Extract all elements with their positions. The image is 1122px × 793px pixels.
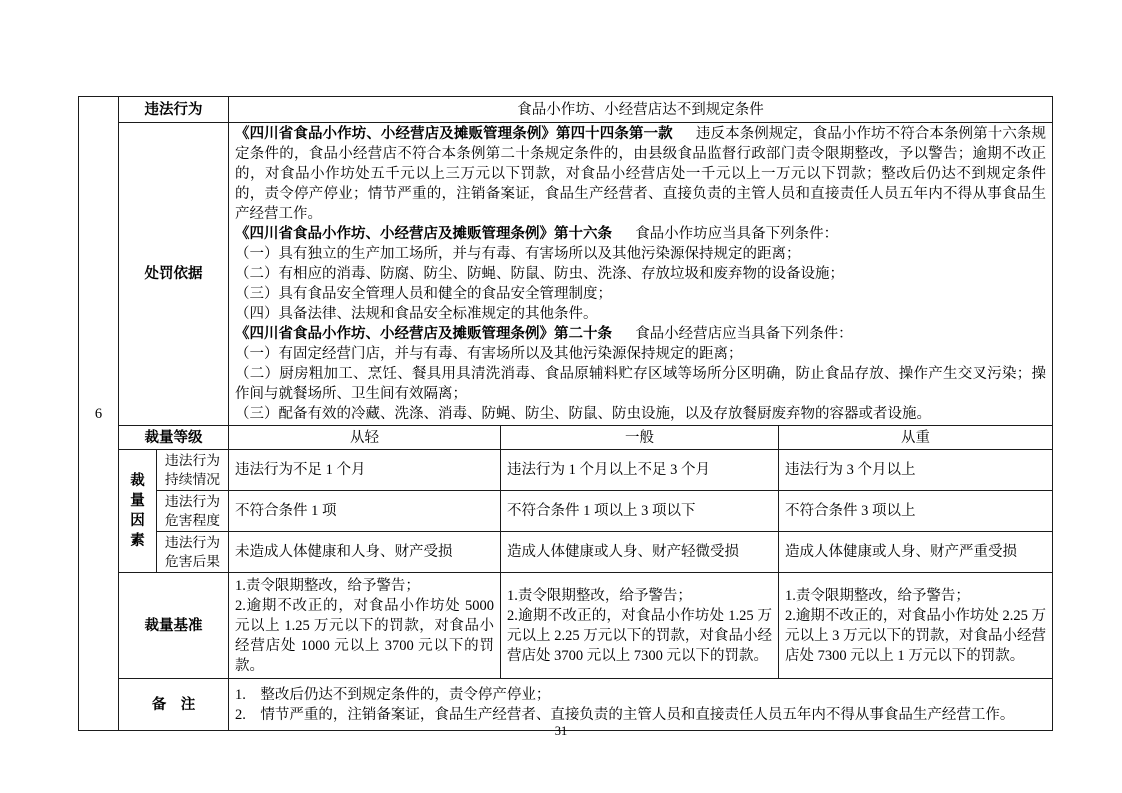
factor-duration-heavy: 违法行为 3 个月以上 [779, 450, 1053, 491]
factors-label: 裁量因素 [130, 473, 145, 549]
factor-degree-heavy: 不符合条件 3 项以上 [779, 491, 1053, 532]
factor-degree-label-cell: 违法行为 危害程度 [157, 491, 229, 532]
violation-row: 6 违法行为 食品小作坊、小经营店达不到规定条件 [79, 97, 1053, 123]
factor-duration-label-cell: 违法行为 持续情况 [157, 450, 229, 491]
remark-item: 2. 情节严重的，注销备案证，食品生产经营者、直接负责的主管人员和直接责任人员五… [235, 705, 1046, 725]
factor-label-line: 违法行为 [163, 533, 222, 552]
violation-label-cell: 违法行为 [119, 97, 229, 123]
benchmark-item: 2.逾期不改正的，对食品小作坊处 5000 元以上 1.25 万元以下的罚款，对… [235, 596, 494, 676]
remark-content-cell: 1. 整改后仍达不到规定条件的，责令停产停业； 2. 情节严重的，注销备案证，食… [229, 679, 1053, 731]
factor-duration-light: 违法行为不足 1 个月 [229, 450, 501, 491]
level-heavy: 从重 [901, 430, 930, 446]
clause-title: 《四川省食品小作坊、小经营店及摊贩管理条例》第四十四条第一款 [235, 126, 673, 142]
penalty-paragraph-3: 《四川省食品小作坊、小经营店及摊贩管理条例》第二十条食品小经营店应当具备下列条件… [235, 324, 1046, 344]
benchmark-item: 1.责令限期整改，给予警告； [785, 586, 1046, 606]
benchmark-heavy-cell: 1.责令限期整改，给予警告； 2.逾期不改正的，对食品小作坊处 2.25 万元以… [779, 573, 1053, 679]
factor-label-line: 持续情况 [163, 470, 222, 489]
benchmark-label-cell: 裁量基准 [119, 573, 229, 679]
benchmark-item: 1.责令限期整改，给予警告； [235, 576, 494, 596]
level-light-cell: 从轻 [229, 426, 501, 450]
clause-title: 《四川省食品小作坊、小经营店及摊贩管理条例》第十六条 [235, 226, 612, 242]
document-page: 6 违法行为 食品小作坊、小经营店达不到规定条件 处罚依据 《四川省食品小作坊、… [0, 0, 1122, 793]
violation-value-cell: 食品小作坊、小经营店达不到规定条件 [229, 97, 1053, 123]
benchmark-general-cell: 1.责令限期整改，给予警告； 2.逾期不改正的，对食品小作坊处 1.25 万元以… [501, 573, 779, 679]
factor-consequence-light: 未造成人体健康和人身、财产受损 [229, 532, 501, 573]
clause-item: （二）有相应的消毒、防腐、防尘、防蝇、防鼠、防虫、洗涤、存放垃圾和废弃物的设备设… [235, 264, 1046, 284]
factor-consequence-row: 违法行为 危害后果 未造成人体健康和人身、财产受损 造成人体健康或人身、财产轻微… [79, 532, 1053, 573]
page-number: 31 [0, 724, 1122, 739]
penalty-label: 处罚依据 [145, 266, 203, 282]
level-heavy-cell: 从重 [779, 426, 1053, 450]
clause-item: （三）具有食品安全管理人员和健全的食品安全管理制度； [235, 284, 1046, 304]
penalty-content-cell: 《四川省食品小作坊、小经营店及摊贩管理条例》第四十四条第一款违反本条例规定，食品… [229, 123, 1053, 426]
clause-item: （三）配备有效的冷藏、洗涤、消毒、防蝇、防尘、防鼠、防虫设施，以及存放餐厨废弃物… [235, 404, 1046, 424]
factor-label-line: 危害程度 [163, 511, 222, 530]
benchmark-item: 1.责令限期整改，给予警告； [507, 586, 772, 606]
clause-text: 食品小经营店应当具备下列条件： [635, 326, 853, 342]
factor-consequence-general: 造成人体健康或人身、财产轻微受损 [501, 532, 779, 573]
factor-duration-row: 裁量因素 违法行为 持续情况 违法行为不足 1 个月 违法行为 1 个月以上不足… [79, 450, 1053, 491]
benchmark-label: 裁量基准 [145, 618, 203, 634]
factor-consequence-label-cell: 违法行为 危害后果 [157, 532, 229, 573]
benchmark-row: 裁量基准 1.责令限期整改，给予警告； 2.逾期不改正的，对食品小作坊处 500… [79, 573, 1053, 679]
factor-degree-light: 不符合条件 1 项 [229, 491, 501, 532]
clause-text: 食品小作坊应当具备下列条件： [635, 226, 838, 242]
clause-item: （四）具备法律、法规和食品安全标准规定的其他条件。 [235, 304, 1046, 324]
factor-label-line: 违法行为 [163, 451, 222, 470]
remark-item: 1. 整改后仍达不到规定条件的，责令停产停业； [235, 685, 1046, 705]
penalty-label-cell: 处罚依据 [119, 123, 229, 426]
penalty-paragraph-2: 《四川省食品小作坊、小经营店及摊贩管理条例》第十六条食品小作坊应当具备下列条件： [235, 224, 1046, 244]
factors-label-cell: 裁量因素 [119, 450, 157, 573]
factor-degree-general: 不符合条件 1 项以上 3 项以下 [501, 491, 779, 532]
clause-item: （一）有固定经营门店，并与有毒、有害场所以及其他污染源保持规定的距离； [235, 344, 1046, 364]
violation-value: 食品小作坊、小经营店达不到规定条件 [517, 102, 764, 118]
level-general: 一般 [625, 430, 654, 446]
case-number: 6 [95, 406, 102, 422]
clause-item: （二）厨房粗加工、烹饪、餐具用具清洗消毒、食品原辅料贮存区域等场所分区明确，防止… [235, 364, 1046, 404]
case-number-cell: 6 [79, 97, 119, 731]
benchmark-item: 2.逾期不改正的，对食品小作坊处 2.25 万元以上 3 万元以下的罚款，对食品… [785, 606, 1046, 666]
clause-item: （一）具有独立的生产加工场所，并与有毒、有害场所以及其他污染源保持规定的距离； [235, 244, 1046, 264]
remark-label-cell: 备 注 [119, 679, 229, 731]
factor-label-line: 危害后果 [163, 552, 222, 571]
factor-duration-general: 违法行为 1 个月以上不足 3 个月 [501, 450, 779, 491]
penalty-basis-row: 处罚依据 《四川省食品小作坊、小经营店及摊贩管理条例》第四十四条第一款违反本条例… [79, 123, 1053, 426]
level-general-cell: 一般 [501, 426, 779, 450]
level-label: 裁量等级 [145, 430, 203, 446]
penalty-discretion-table: 6 违法行为 食品小作坊、小经营店达不到规定条件 处罚依据 《四川省食品小作坊、… [78, 96, 1053, 731]
remark-label: 备 注 [152, 697, 196, 713]
level-light: 从轻 [350, 430, 379, 446]
penalty-paragraph-1: 《四川省食品小作坊、小经营店及摊贩管理条例》第四十四条第一款违反本条例规定，食品… [235, 124, 1046, 224]
benchmark-light-cell: 1.责令限期整改，给予警告； 2.逾期不改正的，对食品小作坊处 5000 元以上… [229, 573, 501, 679]
benchmark-item: 2.逾期不改正的，对食品小作坊处 1.25 万元以上 2.25 万元以下的罚款，… [507, 606, 772, 666]
factor-consequence-heavy: 造成人体健康或人身、财产严重受损 [779, 532, 1053, 573]
violation-label: 违法行为 [145, 102, 203, 118]
level-label-cell: 裁量等级 [119, 426, 229, 450]
discretion-level-row: 裁量等级 从轻 一般 从重 [79, 426, 1053, 450]
factor-label-line: 违法行为 [163, 492, 222, 511]
clause-title: 《四川省食品小作坊、小经营店及摊贩管理条例》第二十条 [235, 326, 612, 342]
factor-degree-row: 违法行为 危害程度 不符合条件 1 项 不符合条件 1 项以上 3 项以下 不符… [79, 491, 1053, 532]
remark-row: 备 注 1. 整改后仍达不到规定条件的，责令停产停业； 2. 情节严重的，注销备… [79, 679, 1053, 731]
